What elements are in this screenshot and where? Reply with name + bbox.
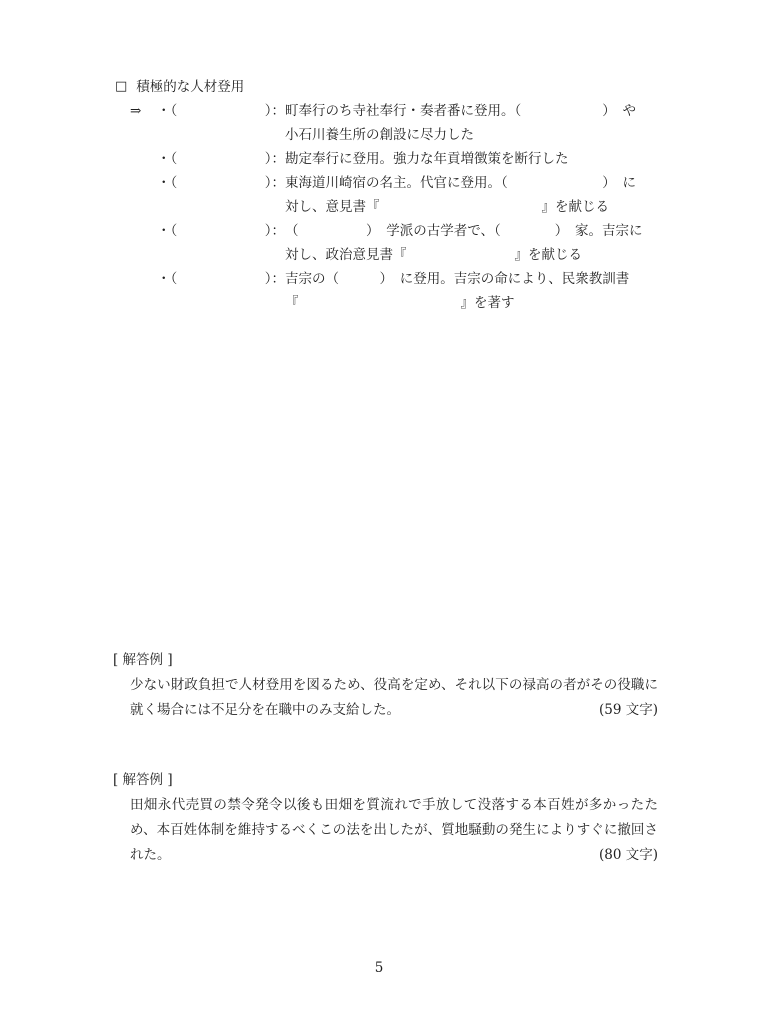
blank-open-paren: ・（ xyxy=(157,267,177,291)
note-entry: ・（ ）： （ ） 学派の古学者で、（ ） 家。吉宗に 対し、政治意見書『 』を… xyxy=(115,219,663,267)
blank-open-paren: ・（ xyxy=(157,99,177,123)
entry-description: 東海道川崎宿の名主。代官に登用。（ ） に 対し、意見書『 』を献じる xyxy=(285,171,663,219)
answer-example-2: [ 解答例 ] 田畑永代売買の禁令発令以後も田畑を質流れで手放して没落する本百姓… xyxy=(113,768,658,868)
answer-final-line: 就く場合には不足分を在職中のみ支給した。 xyxy=(130,698,400,723)
checkbox-icon: □ xyxy=(115,75,127,99)
entry-line: 勘定奉行に登用。強力な年貢増徴策を断行した xyxy=(285,147,663,171)
char-count: (80 文字) xyxy=(599,843,658,868)
blank-close-paren: ）： xyxy=(265,267,285,291)
answer-line: め、本百姓体制を維持するべくこの法を出したが、質地騒動の発生によりすぐに撤回さ xyxy=(130,818,658,843)
fill-in-blank: ・（ ）： xyxy=(157,171,285,195)
answer-line: 少ない財政負担で人材登用を図るため、役高を定め、それ以下の禄高の者がその役職に xyxy=(130,673,658,698)
blank-open-paren: ・（ xyxy=(157,171,177,195)
answer-example-1: [ 解答例 ] 少ない財政負担で人材登用を図るため、役高を定め、それ以下の禄高の… xyxy=(113,648,658,723)
fill-in-blank: ・（ ）： xyxy=(157,99,285,123)
note-entry: ・（ ）： 吉宗の（ ） に登用。吉宗の命により、民衆教訓書 『 』を著す xyxy=(115,267,663,315)
entry-line: 吉宗の（ ） に登用。吉宗の命により、民衆教訓書 xyxy=(285,267,663,291)
answer-body: 田畑永代売買の禁令発令以後も田畑を質流れで手放して没落する本百姓が多かったた め… xyxy=(130,793,658,868)
note-entry: ・（ ）： 勘定奉行に登用。強力な年貢増徴策を断行した xyxy=(115,147,663,171)
fill-in-blank: ・（ ）： xyxy=(157,219,285,243)
answer-final-row: 就く場合には不足分を在職中のみ支給した。 (59 文字) xyxy=(130,698,658,723)
answer-line: 田畑永代売買の禁令発令以後も田畑を質流れで手放して没落する本百姓が多かったた xyxy=(130,793,658,818)
entry-description: 勘定奉行に登用。強力な年貢増徴策を断行した xyxy=(285,147,663,171)
entry-line: 小石川養生所の創設に尽力した xyxy=(285,123,663,147)
entry-description: 吉宗の（ ） に登用。吉宗の命により、民衆教訓書 『 』を著す xyxy=(285,267,663,315)
answer-final-row: れた。 (80 文字) xyxy=(130,843,658,868)
blank-open-paren: ・（ xyxy=(157,219,177,243)
blank-close-paren: ）： xyxy=(265,171,285,195)
answer-header: [ 解答例 ] xyxy=(113,768,658,793)
answer-final-line: れた。 xyxy=(130,843,171,868)
entry-line: 『 』を著す xyxy=(285,291,663,315)
fill-in-blank: ・（ ）： xyxy=(157,267,285,291)
blank-close-paren: ）： xyxy=(265,219,285,243)
entry-line: 対し、意見書『 』を献じる xyxy=(285,195,663,219)
entry-description: （ ） 学派の古学者で、（ ） 家。吉宗に 対し、政治意見書『 』を献じる xyxy=(285,219,663,267)
arrow-icon: ⇒ xyxy=(130,99,157,123)
entry-line: 東海道川崎宿の名主。代官に登用。（ ） に xyxy=(285,171,663,195)
entry-line: （ ） 学派の古学者で、（ ） 家。吉宗に xyxy=(285,219,663,243)
notes-section: □ 積極的な人材登用 ⇒ ・（ ）： 町奉行のち寺社奉行・奏者番に登用。（ ） … xyxy=(115,75,663,315)
page-number: 5 xyxy=(0,956,758,981)
section-heading: □ 積極的な人材登用 xyxy=(115,75,663,99)
entry-line: 町奉行のち寺社奉行・奏者番に登用。（ ） や xyxy=(285,99,663,123)
answer-header: [ 解答例 ] xyxy=(113,648,658,673)
answer-body: 少ない財政負担で人材登用を図るため、役高を定め、それ以下の禄高の者がその役職に … xyxy=(130,673,658,723)
char-count: (59 文字) xyxy=(599,698,658,723)
note-entry: ⇒ ・（ ）： 町奉行のち寺社奉行・奏者番に登用。（ ） や 小石川養生所の創設… xyxy=(115,99,663,147)
blank-open-paren: ・（ xyxy=(157,147,177,171)
blank-close-paren: ）： xyxy=(265,99,285,123)
entry-description: 町奉行のち寺社奉行・奏者番に登用。（ ） や 小石川養生所の創設に尽力した xyxy=(285,99,663,147)
blank-close-paren: ）： xyxy=(265,147,285,171)
entry-line: 対し、政治意見書『 』を献じる xyxy=(285,243,663,267)
note-entry: ・（ ）： 東海道川崎宿の名主。代官に登用。（ ） に 対し、意見書『 』を献じ… xyxy=(115,171,663,219)
fill-in-blank: ・（ ）： xyxy=(157,147,285,171)
section-heading-text: 積極的な人材登用 xyxy=(136,75,244,99)
document-page: □ 積極的な人材登用 ⇒ ・（ ）： 町奉行のち寺社奉行・奏者番に登用。（ ） … xyxy=(0,0,758,1024)
